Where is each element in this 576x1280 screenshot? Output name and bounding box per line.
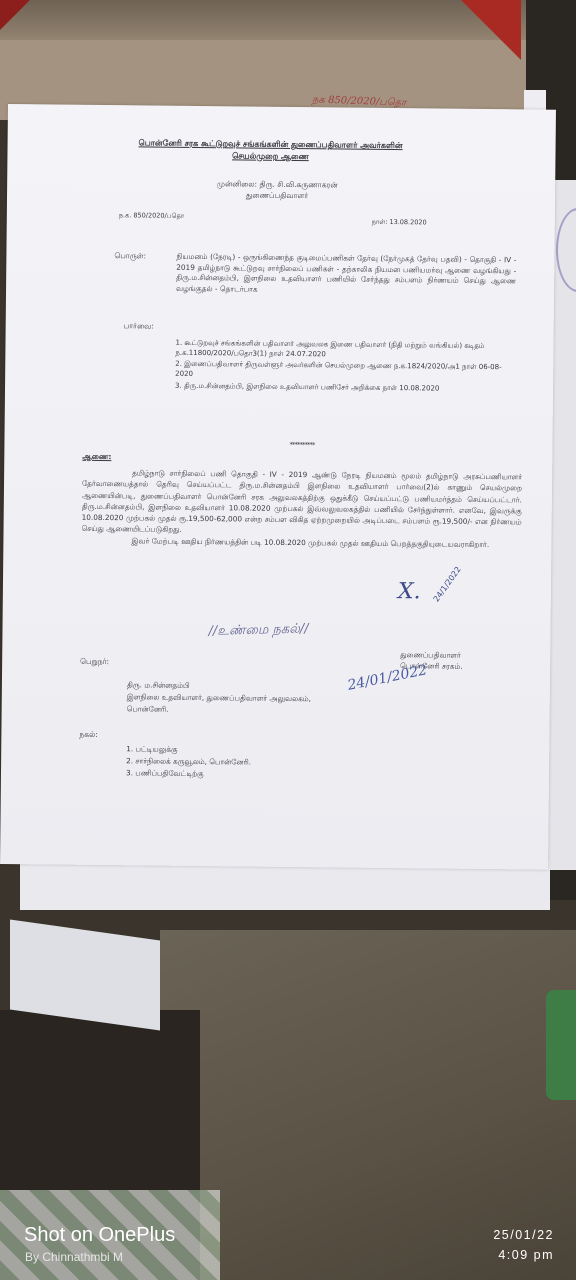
watermark-time: 4:09 pm	[498, 1248, 554, 1262]
document-header: பொன்னேரி சரக கூட்டுறவுச் சங்கங்களின் துண…	[105, 137, 435, 164]
subject-label: பொருள்:	[114, 251, 146, 262]
document-date: நாள்: 13.08.2020	[372, 218, 427, 228]
attestation-date-handwritten: 24/01/2022	[346, 660, 429, 696]
document-sheet: பொன்னேரி சரக கூட்டுறவுச் சங்கங்களின் துண…	[0, 104, 556, 870]
recipient-label: பெறுநர்:	[80, 657, 109, 668]
copy-item: 3. பணிப்பதிவேட்டிற்கு	[126, 767, 251, 780]
watermark-author: By Chinnathmbi M	[25, 1250, 123, 1264]
separator: **********	[289, 440, 314, 450]
recipient-address: திரு. ம.சின்னதம்பி இளநிலை உதவியாளர், துண…	[127, 679, 312, 717]
copies-list: 1. பட்டியலுக்கு 2. சார்நிலைக் கருவூலம், …	[126, 743, 251, 780]
camera-watermark: Shot on OnePlus By Chinnathmbi M 25/01/2…	[0, 1200, 576, 1280]
true-copy-handwritten: //உண்மை நகல்//	[208, 620, 309, 641]
signature: X.	[398, 576, 421, 608]
reference-item: 2. இணைப்பதிவாளர் திருவள்ளூர் அவர்களின் ச…	[175, 359, 515, 383]
green-cloth	[546, 990, 576, 1100]
references-list: 1. கூட்டுறவுச் சங்கங்களின் பதிவாளர் அலுவ…	[175, 338, 516, 395]
presided-by-title: துணைப்பதிவாளர்	[177, 190, 377, 203]
copy-label: நகல்:	[79, 730, 97, 741]
recipient-line: பொன்னேரி.	[127, 703, 311, 717]
signature-date: 24/1/2022	[431, 564, 464, 604]
references-label: பார்வை:	[124, 321, 154, 332]
reference-item: 3. திரு.ம.சின்னதம்பி, இளநிலை உதவியாளர் ப…	[175, 380, 515, 394]
presided-by: முன்னிலை: திரு. சி.வி.கருணாகரன் துணைப்பத…	[177, 179, 377, 203]
order-paragraph-1: தமிழ்நாடு சார்நிலைப் பணி தொகுதி - IV - 2…	[81, 467, 522, 539]
order-label: ஆணை:	[82, 452, 111, 463]
subject-text: நியமனம் (நேரடி) - ஒருங்கிணைந்த குடிமைப்ப…	[176, 252, 516, 298]
watermark-title: Shot on OnePlus	[24, 1224, 175, 1247]
order-body: தமிழ்நாடு சார்நிலைப் பணி தொகுதி - IV - 2…	[81, 467, 522, 551]
reference-item: 1. கூட்டுறவுச் சங்கங்களின் பதிவாளர் அலுவ…	[175, 338, 515, 362]
watermark-date: 25/01/22	[493, 1228, 554, 1242]
signatory-title: துணைப்பதிவாளர்	[400, 650, 463, 661]
reference-number: ந.க. 850/2020/பதொ	[119, 211, 184, 221]
